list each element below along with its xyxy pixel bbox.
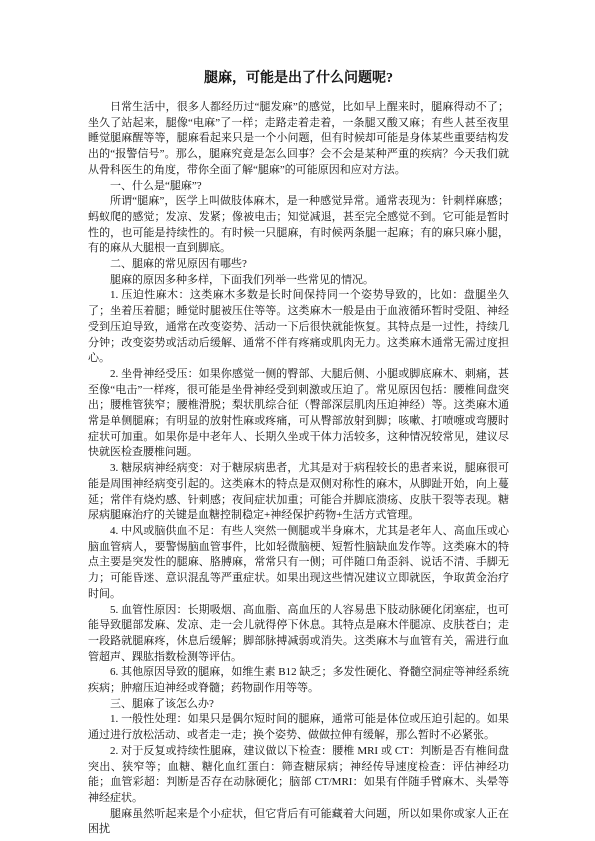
body-paragraph: 腿麻虽然听起来是个小症状，但它背后有可能藏着大问题，所以如果你或家人正在困扰 <box>88 807 509 838</box>
document-body: 日常生活中，很多人都经历过“腿发麻”的感觉，比如早上醒来时，腿麻得动不了；坐久了… <box>88 100 509 838</box>
body-paragraph: 腿麻的原因多种多样，下面我们列举一些常见的情况。 <box>88 273 509 289</box>
section-heading: 二、腿麻的常见原因有哪些? <box>88 257 509 273</box>
body-paragraph: 6. 其他原因导致的腿麻，如维生素 B12 缺乏；多发性硬化、脊髓空洞症等神经系… <box>88 665 509 696</box>
body-paragraph: 5. 血管性原因：长期吸烟、高血脂、高血压的人容易患下肢动脉硬化闭塞症，也可能导… <box>88 603 509 666</box>
document-page: 腿麻，可能是出了什么问题呢? 日常生活中，很多人都经历过“腿发麻”的感觉，比如早… <box>0 0 595 841</box>
body-paragraph: 3. 糖尿病神经病变：对于糖尿病患者，尤其是对于病程较长的患者来说，腿麻很可能是… <box>88 461 509 524</box>
body-paragraph: 1. 压迫性麻木：这类麻木多数是长时间保持同一个姿势导致的，比如：盘腿坐久了；坐… <box>88 288 509 367</box>
body-paragraph: 2. 对于反复或持续性腿麻，建议做以下检查：腰椎 MRI 或 CT：判断是否有椎… <box>88 744 509 807</box>
body-paragraph: 2. 坐骨神经受压：如果你感觉一侧的臀部、大腿后侧、小腿或脚底麻木、刺痛，甚至像… <box>88 367 509 461</box>
body-paragraph: 所谓“腿麻”，医学上叫做肢体麻木，是一种感觉异常。通常表现为：针刺样麻感；蚂蚁爬… <box>88 194 509 257</box>
page-title: 腿麻，可能是出了什么问题呢? <box>88 70 509 87</box>
section-heading: 三、腿麻了该怎么办? <box>88 697 509 713</box>
body-paragraph: 1. 一般性处理：如果只是偶尔短时间的腿麻，通常可能是体位或压迫引起的。如果通过… <box>88 712 509 743</box>
body-paragraph: 4. 中风或脑供血不足：有些人突然一侧腿或半身麻木，尤其是老年人、高血压或心脑血… <box>88 524 509 603</box>
body-paragraph: 日常生活中，很多人都经历过“腿发麻”的感觉，比如早上醒来时，腿麻得动不了；坐久了… <box>88 100 509 179</box>
section-heading: 一、什么是“腿麻”? <box>88 179 509 195</box>
